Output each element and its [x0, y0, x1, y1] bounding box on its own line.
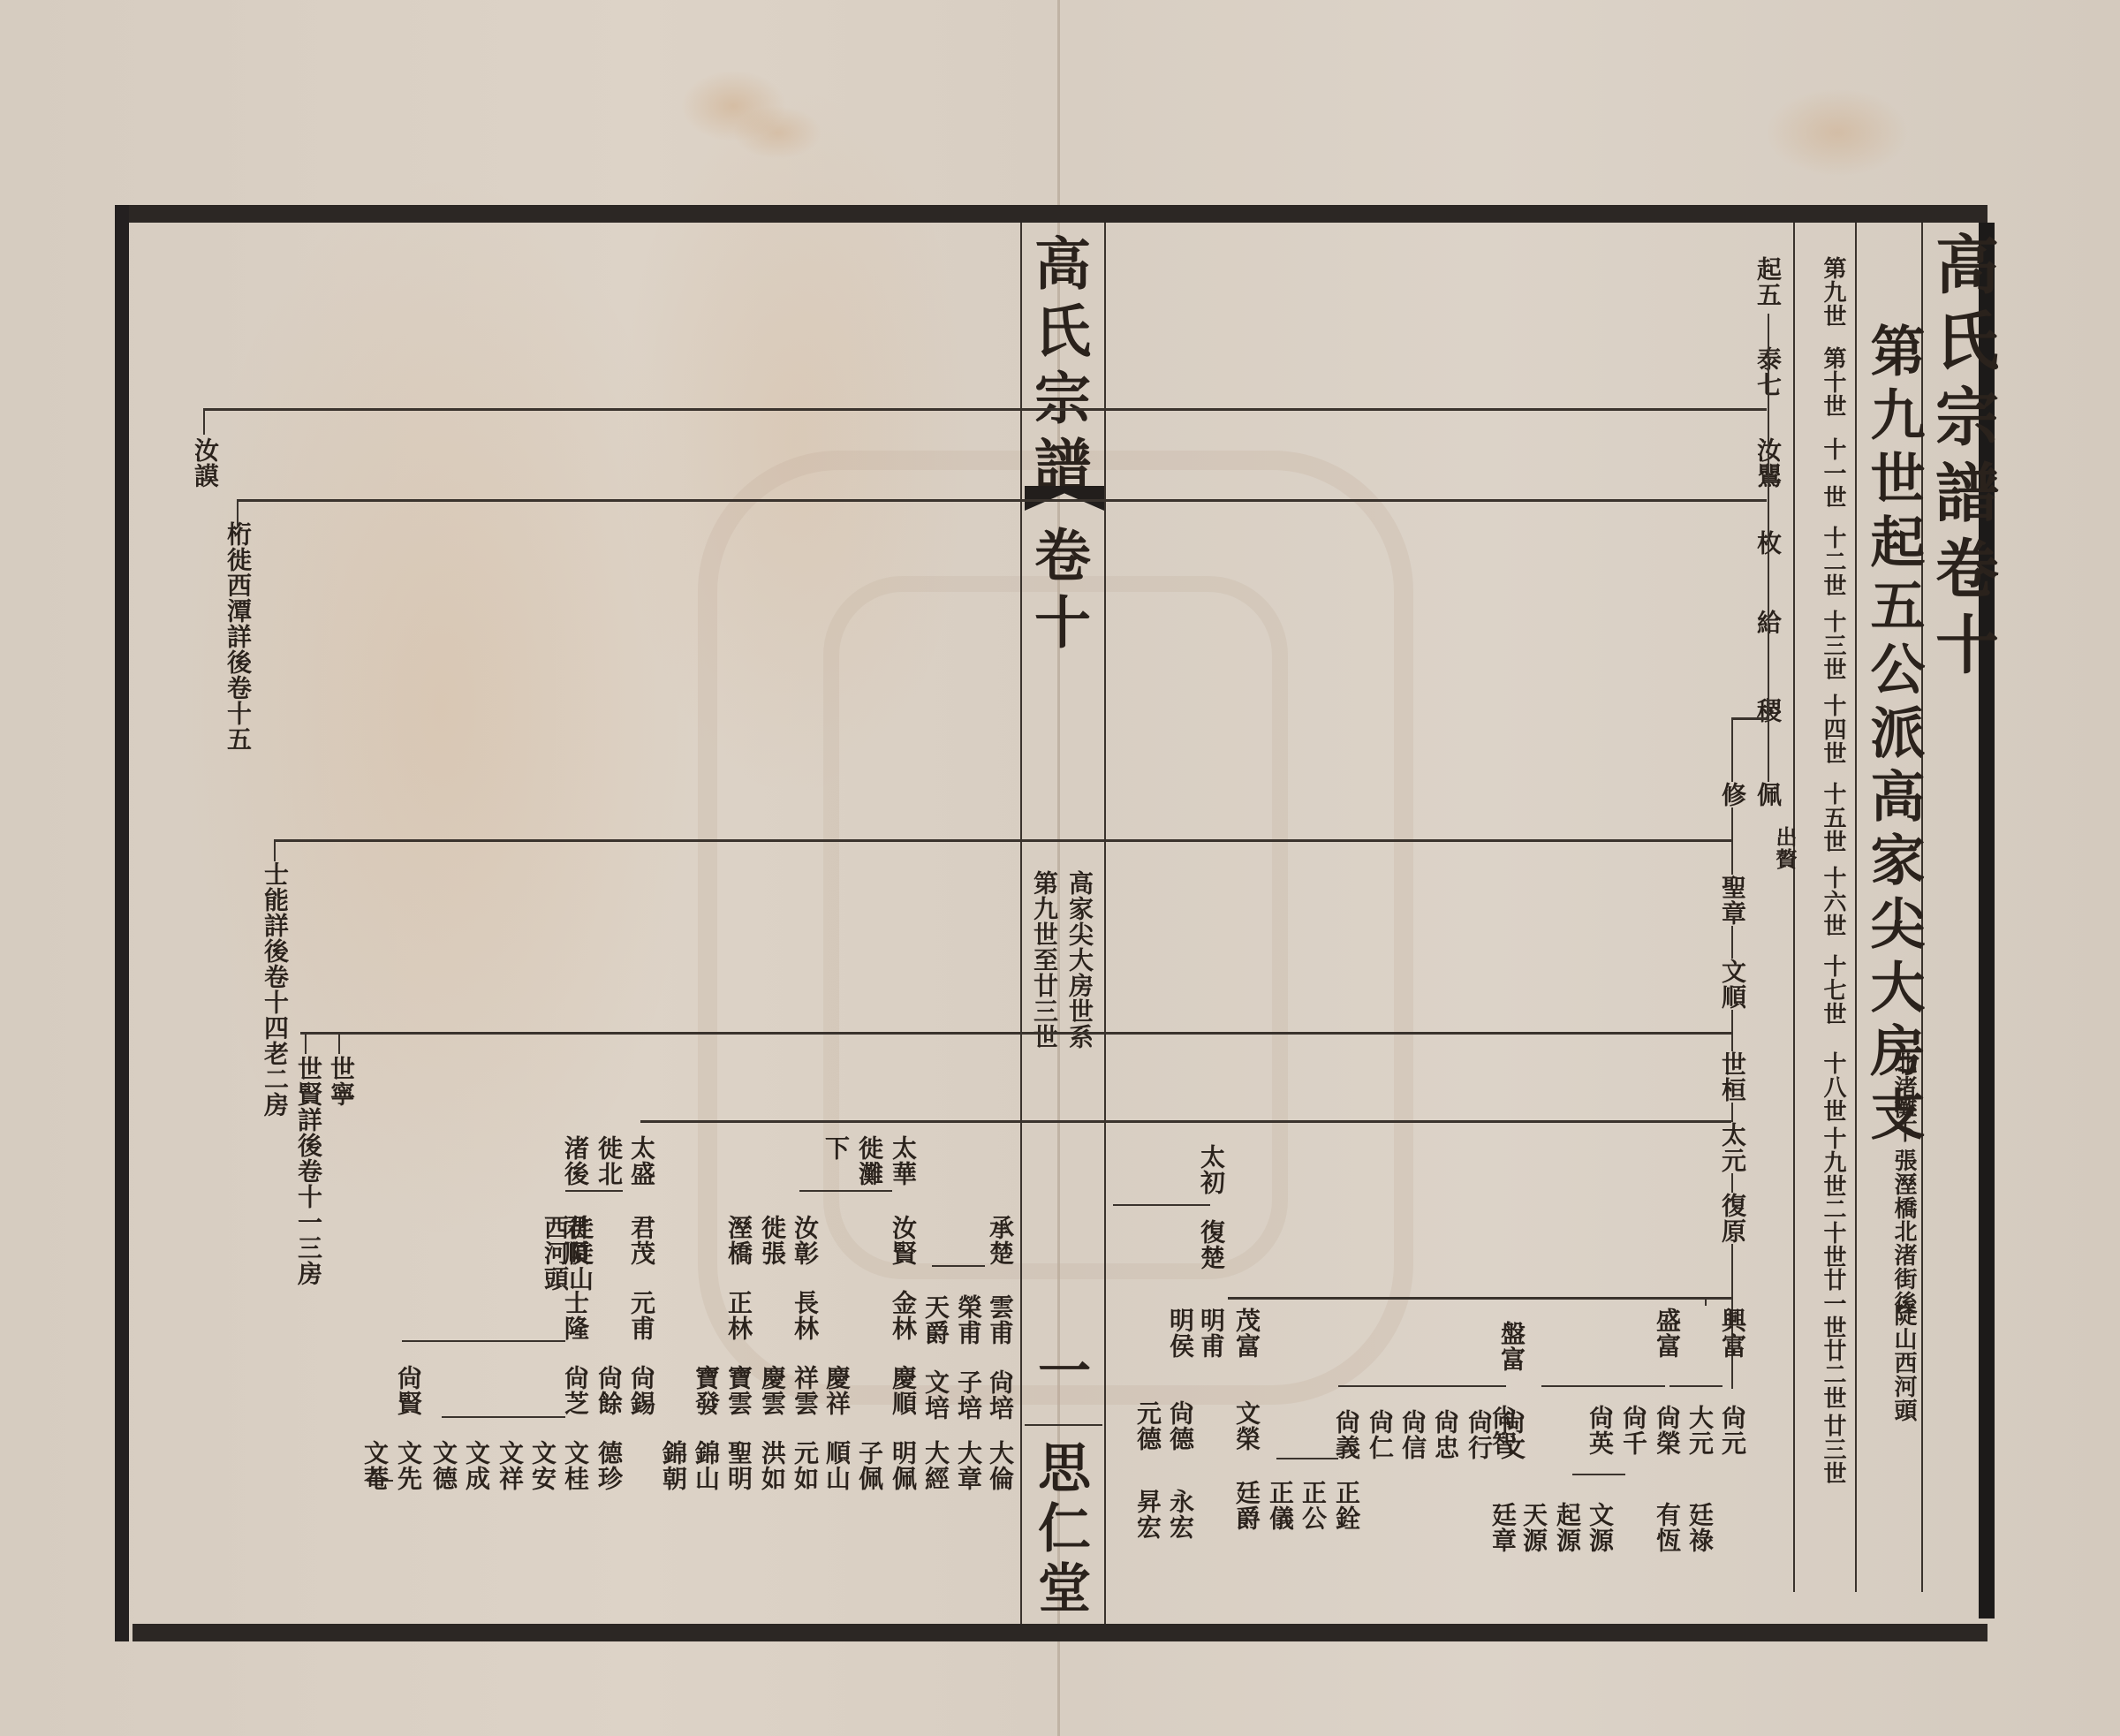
person-xingfu: 興富: [1720, 1308, 1745, 1359]
person-wenyuan: 文源: [1587, 1502, 1612, 1553]
center-volume: 卷十: [1029, 526, 1086, 660]
person-shangwen: 尙文: [1499, 1409, 1524, 1460]
note-xia: 下: [823, 1135, 848, 1161]
person-shengzhang: 聖章: [1720, 875, 1745, 926]
person-minghou: 明侯: [1168, 1308, 1192, 1359]
branch-tick: [1541, 1385, 1665, 1387]
person-shunshan: 順山: [824, 1440, 849, 1491]
branch-tick: [1572, 1474, 1625, 1475]
person-dalun: 大倫: [988, 1440, 1012, 1491]
person-maofu: 茂富: [1234, 1308, 1259, 1359]
person-fuchu: 復楚: [1199, 1219, 1223, 1270]
branch-fuyuan-sons: [1228, 1297, 1731, 1300]
person-shangyuan: 尙元: [1720, 1405, 1745, 1456]
gen-22: 廿二世: [1821, 1338, 1844, 1410]
branch-shixian: [300, 1032, 1731, 1035]
location-1: 灘下: [1892, 1095, 1915, 1143]
person-shilong: 士隆: [563, 1290, 587, 1341]
gen-13: 十三世: [1821, 610, 1844, 681]
gen-divider: [1793, 223, 1795, 1592]
person-shangxing: 尙行: [1466, 1409, 1491, 1460]
branch-tick: [338, 1032, 340, 1054]
person-mingpei: 明佩: [890, 1440, 915, 1491]
person-shining: 世寧: [329, 1056, 353, 1107]
note-chuzhui: 出贅: [1774, 826, 1795, 870]
person-ruzhen: 汝謨: [193, 437, 217, 489]
person-wenyan: 文菴: [362, 1440, 387, 1491]
gen-11: 十一世: [1821, 437, 1844, 509]
branch-tick: [402, 1340, 565, 1342]
branch-tick: [442, 1416, 565, 1418]
person-zipei2: 子佩: [857, 1440, 882, 1491]
person-taihua: 太華: [890, 1135, 915, 1186]
page-number: 一: [1033, 1343, 1086, 1408]
person-shineng: 士能詳後卷十四老二房: [262, 861, 287, 1118]
person-yonghong: 永宏: [1168, 1489, 1192, 1540]
gen-21: 廿一世: [1821, 1268, 1844, 1339]
person-shangxian: 尙賢: [396, 1365, 420, 1416]
gen-18: 十八世: [1821, 1051, 1844, 1123]
person-wencheng: 文成: [464, 1440, 488, 1491]
person-wenpei: 文培: [923, 1369, 948, 1421]
person-shangying: 尙英: [1587, 1405, 1612, 1456]
person-taichu: 太初: [1199, 1144, 1223, 1195]
person-shangxin: 尙信: [1400, 1409, 1425, 1460]
person-chengchu: 承楚: [988, 1215, 1012, 1266]
branch-tick: [305, 1032, 307, 1054]
branch-tick: [932, 1265, 985, 1267]
gen-14: 十四世: [1821, 694, 1844, 765]
person-junmao: 君茂: [629, 1215, 654, 1266]
center-rule: [1025, 1424, 1102, 1426]
person-qiwu: 起五: [1755, 256, 1780, 307]
person-tinglu: 廷祿: [1687, 1502, 1712, 1553]
location-3: 北渚街後: [1892, 1219, 1915, 1315]
person-shangde: 尙德: [1168, 1400, 1192, 1452]
person-mingfu: 明甫: [1199, 1308, 1223, 1359]
person-shangzhi2: 尙芝: [563, 1365, 587, 1416]
person-shangzhong: 尙忠: [1433, 1409, 1457, 1460]
branch-tai-gen: [640, 1120, 1731, 1123]
branch-tick: [1276, 1458, 1338, 1459]
gen-10: 第十世: [1821, 346, 1844, 418]
gen-20: 二十世: [1821, 1197, 1844, 1269]
person-yunfu: 雲甫: [988, 1294, 1012, 1346]
hall-name: 思仁堂: [1033, 1440, 1086, 1620]
person-pei: 佩: [1755, 782, 1780, 807]
gen-15: 十五世: [1821, 782, 1844, 853]
branch-tick: [203, 408, 205, 435]
branch-tick: [1705, 1297, 1707, 1306]
person-dezhen: 德珍: [596, 1440, 621, 1491]
branch-tick: [1338, 1385, 1506, 1387]
person-baoyun: 寶雲: [726, 1365, 751, 1416]
person-shangpei: 尙培: [988, 1369, 1012, 1421]
person-panfu: 盤富: [1499, 1321, 1524, 1372]
person-wenrong: 文榮: [1234, 1400, 1259, 1452]
person-yuanfu: 元甫: [629, 1290, 654, 1341]
person-zhenglin: 正林: [726, 1290, 751, 1341]
person-shanggan: 尙千: [1621, 1405, 1646, 1456]
person-jinchao: 錦朝: [661, 1440, 685, 1491]
gen-9: 第九世: [1821, 256, 1844, 328]
person-qingyun: 慶雲: [760, 1365, 784, 1416]
person-zipei: 子培: [956, 1369, 980, 1421]
person-wenan: 文安: [530, 1440, 555, 1491]
person-jinlin: 金林: [890, 1290, 915, 1341]
person-rongfu: 榮甫: [956, 1294, 980, 1346]
center-section-title: 高家尖大房世系: [1067, 870, 1092, 1050]
person-shihuan: 世桓: [1720, 1051, 1745, 1103]
person-ruzhang: 汝彰: [792, 1215, 817, 1266]
center-left-rule: [1020, 223, 1022, 1624]
person-hongru: 洪如: [760, 1440, 784, 1491]
person-yuande: 元德: [1135, 1400, 1160, 1452]
chapter-heading: 第九世起五公派高家尖大房支: [1866, 322, 1920, 1149]
person-ruxian: 汝賢: [890, 1215, 915, 1266]
branch-tick: [1113, 1204, 1210, 1206]
person-heng: 桁徙西潭詳後卷十五: [225, 521, 250, 752]
person-shangxi: 尙錫: [629, 1365, 654, 1416]
person-baofa: 寶發: [693, 1365, 718, 1416]
location-4: 陡山西河頭: [1892, 1303, 1915, 1422]
note-tuzhang: 徙張: [760, 1215, 784, 1266]
person-zhengquan: 正銓: [1334, 1480, 1359, 1531]
location-0: 北渚: [1892, 1051, 1915, 1099]
person-zhenggong: 正公: [1300, 1480, 1325, 1531]
branch-tick: [565, 1190, 623, 1192]
person-xiangyun: 祥雲: [792, 1365, 817, 1416]
person-shangrong: 尙榮: [1654, 1405, 1679, 1456]
note-tuhan: 徙灘: [857, 1135, 882, 1186]
person-zhengyi: 正儀: [1268, 1480, 1292, 1531]
document-title: 高氏宗譜卷十: [1930, 231, 1994, 687]
person-shengming: 聖明: [726, 1440, 751, 1491]
gen-12: 十二世: [1821, 526, 1844, 597]
person-tingzhang: 廷章: [1490, 1502, 1515, 1553]
header-divider: [1855, 223, 1857, 1592]
branch-shineng: [274, 839, 1731, 842]
gen-19: 十九世: [1821, 1126, 1844, 1198]
person-qiyuan: 起源: [1555, 1502, 1579, 1553]
person-tianyuan: 天源: [1521, 1502, 1546, 1553]
gen-16: 十六世: [1821, 866, 1844, 937]
person-dajing: 大經: [923, 1440, 948, 1491]
branch-tick: [799, 1190, 892, 1192]
center-book-title: 高氏宗譜: [1029, 234, 1086, 503]
person-youheng: 有恆: [1654, 1502, 1679, 1553]
person-shenghong: 昇宏: [1135, 1489, 1160, 1540]
person-jinshan: 錦山: [693, 1440, 718, 1491]
gen-17: 十七世: [1821, 954, 1844, 1026]
person-tianjue: 天爵: [923, 1294, 948, 1346]
person-dayuan: 大元: [1687, 1405, 1712, 1456]
branch-heng: [237, 499, 1767, 502]
location-2: 張溼橋: [1892, 1148, 1915, 1220]
xiu-branch: [1731, 717, 1767, 720]
person-qingshun: 慶順: [890, 1365, 915, 1416]
person-wenxiang: 文祥: [497, 1440, 522, 1491]
frame-left-border: [115, 205, 129, 1641]
frame-bottom-border: [132, 1624, 1987, 1641]
center-range: 第九世至廿三世: [1032, 870, 1056, 1050]
note-shiqiao: 溼橋: [726, 1215, 751, 1266]
person-taisheng: 太盛: [629, 1135, 654, 1186]
person-xiu: 修: [1720, 782, 1745, 807]
center-right-rule: [1104, 223, 1106, 1624]
person-shixian: 世賢詳後卷十一三房: [296, 1056, 321, 1286]
note-zhuhou: 渚後: [563, 1135, 587, 1186]
branch-tick: [274, 839, 276, 861]
branch-ruzhen: [203, 408, 1767, 411]
person-yuanru: 元如: [792, 1440, 817, 1491]
person-wenxian: 文先: [396, 1440, 420, 1491]
person-tingjue: 廷爵: [1234, 1480, 1259, 1531]
xiu-connector: [1767, 698, 1768, 720]
person-shangren: 尙仁: [1367, 1409, 1392, 1460]
note-tubei: 徙北: [596, 1135, 621, 1186]
branch-tick: [1669, 1385, 1722, 1387]
person-wenshun: 文順: [1720, 959, 1745, 1010]
person-dazhang: 大章: [956, 1440, 980, 1491]
person-qingxiang: 慶祥: [824, 1365, 849, 1416]
gen-23: 廿三世: [1821, 1414, 1844, 1485]
person-shengfu: 盛富: [1654, 1308, 1679, 1359]
person-wengui: 文桂: [563, 1440, 587, 1491]
person-fuyuan: 復原: [1720, 1193, 1745, 1244]
person-wende: 文德: [431, 1440, 456, 1491]
person-shangyu: 尙餘: [596, 1365, 621, 1416]
person-taiyuan: 太元: [1720, 1122, 1745, 1173]
person-shangyi: 尙義: [1334, 1409, 1359, 1460]
person-changlin: 長林: [792, 1290, 817, 1341]
frame-top-border: [115, 205, 1987, 223]
